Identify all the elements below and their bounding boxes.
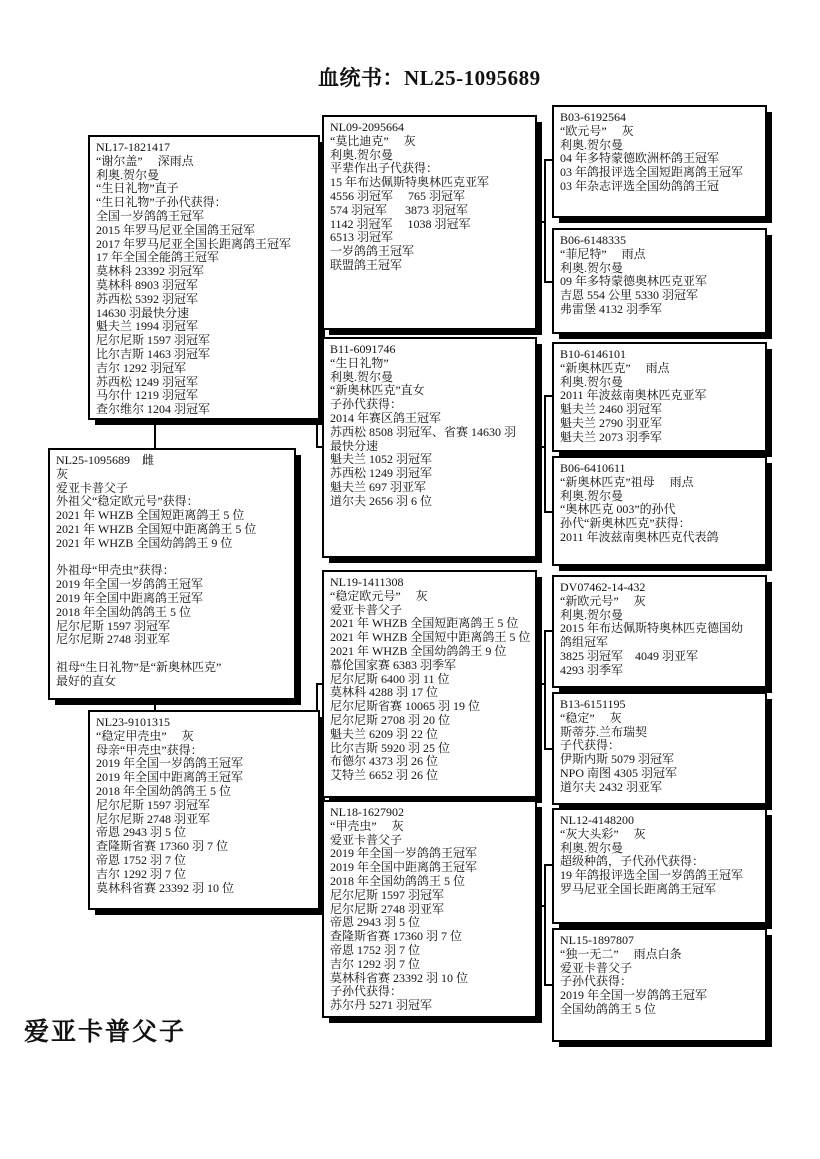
text-line: 全国一岁鸽鸽王冠军	[96, 210, 314, 224]
text-line: 2019 年全国一岁鸽鸽王冠军	[56, 578, 290, 592]
text-line: B10-6146101	[560, 348, 761, 362]
text-line: 574 羽冠军 3873 羽冠军	[330, 204, 531, 218]
text-line: 全国幼鸽鸽王 5 位	[560, 1003, 761, 1017]
text-line: 一岁鸽鸽王冠军	[330, 245, 531, 259]
text-line: NL09-2095664	[330, 121, 531, 135]
text-line: 慕伦国家赛 6383 羽季军	[330, 659, 531, 673]
connector-line	[544, 630, 546, 750]
text-line: NL15-1897807	[560, 934, 761, 948]
text-line: “生日礼物”	[330, 357, 531, 371]
connector-line	[154, 420, 156, 449]
text-line: 尼尔尼斯 1597 羽冠军	[330, 889, 531, 903]
text-line: 魁夫兰 697 羽亚军	[330, 481, 531, 495]
text-line: 2021 年 WHZB 全国短中距离鸽王 5 位	[330, 631, 531, 645]
text-line: B11-6091746	[330, 343, 531, 357]
text-line: “稳定甲壳虫” 灰	[96, 730, 314, 744]
pedigree-box-b11: B11-6091746“生日礼物”利奥.贺尔曼“新奥林匹克”直女子孙代获得：20…	[322, 337, 537, 558]
text-line: 2015 年罗马尼亚全国鸽王冠军	[96, 224, 314, 238]
text-line: 苏尔丹 5271 羽冠军	[330, 999, 531, 1013]
pedigree-page: 血统书：NL25-1095689 NL17-1821417“谢尔盖” 深雨点利奥…	[0, 0, 820, 1159]
text-line: “灰大头彩” 灰	[560, 828, 761, 842]
text-line: “莫比迪克” 灰	[330, 135, 531, 149]
text-line: 2021 年 WHZB 全国短中距离鸽王 5 位	[56, 523, 290, 537]
text-line: B06-6410611	[560, 462, 761, 476]
text-line: 祖母“生日礼物”是“新奥林匹克”	[56, 661, 290, 675]
connector-line	[544, 395, 546, 513]
text-line: 罗马尼亚全国长距离鸽王冠军	[560, 883, 761, 897]
connector-line	[536, 905, 546, 907]
pedigree-box-nl19: NL19-1411308“稳定欧元号” 灰爱亚卡普父子2021 年 WHZB 全…	[322, 570, 537, 798]
text-line: NL19-1411308	[330, 576, 531, 590]
text-line: 2021 年 WHZB 全国幼鸽鸽王 9 位	[330, 645, 531, 659]
pedigree-box-nl23: NL23-9101315“稳定甲壳虫” 灰母亲“甲壳虫”获得：2019 年全国一…	[88, 710, 320, 910]
text-line: NL23-9101315	[96, 716, 314, 730]
pedigree-box-b03: B03-6192564“欧元号” 灰利奥.贺尔曼04 年多特蒙德欧洲杯鸽王冠军0…	[552, 105, 767, 218]
text-line: DV07462-14-432	[560, 581, 761, 595]
text-line: 尼尔尼斯省赛 10065 羽 19 位	[330, 700, 531, 714]
text-line: “新奥林匹克” 雨点	[560, 362, 761, 376]
text-line: 3825 羽冠军 4049 羽亚军	[560, 650, 761, 664]
text-line: 2018 年全国幼鸽鸽王 5 位	[96, 785, 314, 799]
pedigree-box-nl15: NL15-1897807“独一无二” 雨点白条爱亚卡普父子子孙代获得：2019 …	[552, 928, 767, 1042]
page-title: 血统书：NL25-1095689	[318, 62, 541, 92]
text-line: 4556 羽冠军 765 羽冠军	[330, 190, 531, 204]
text-line: B03-6192564	[560, 111, 761, 125]
text-line: 2019 年全国中距离鸽王冠军	[330, 861, 531, 875]
text-line: 2014 年赛区鸽王冠军	[330, 412, 531, 426]
text-line: 联盟鸽王冠军	[330, 259, 531, 273]
text-line: 查尔维尔 1204 羽冠军	[96, 403, 314, 417]
text-line: 帝恩 1752 羽 7 位	[330, 944, 531, 958]
text-line: 帝恩 1752 羽 7 位	[96, 854, 314, 868]
loft-name-footer: 爱亚卡普父子	[24, 1012, 186, 1048]
text-line: NL25-1095689 雌	[56, 454, 290, 468]
text-line: “欧元号” 灰	[560, 125, 761, 139]
text-line: B13-6151195	[560, 698, 761, 712]
text-line: 2019 年全国中距离鸽王冠军	[56, 592, 290, 606]
text-line: 苏西松 1249 羽冠军	[330, 467, 531, 481]
text-line: “菲尼特” 雨点	[560, 248, 761, 262]
text-line: NL12-4148200	[560, 814, 761, 828]
text-line: 道尔夫 2656 羽 6 位	[330, 495, 531, 509]
text-line: 19 年鸽报评选全国一岁鸽鸽王冠军	[560, 869, 761, 883]
text-line: 莫林科 23392 羽冠军	[96, 265, 314, 279]
text-line: 魁夫兰 2790 羽亚军	[560, 417, 761, 431]
text-line: 苏西松 8508 羽冠军、省赛 14630 羽	[330, 426, 531, 440]
text-line: 2021 年 WHZB 全国幼鸽鸽王 9 位	[56, 537, 290, 551]
text-line: 伊斯内斯 5079 羽冠军	[560, 753, 761, 767]
connector-line	[544, 864, 546, 986]
text-line: 尼尔尼斯 1597 羽冠军	[96, 334, 314, 348]
text-line: B06-6148335	[560, 234, 761, 248]
text-line: “新奥林匹克”祖母 雨点	[560, 476, 761, 490]
connector-line	[536, 221, 546, 223]
text-line: 子孙代获得：	[330, 398, 531, 412]
text-line: 弗雷堡 4132 羽季军	[560, 303, 761, 317]
text-line: 03 年杂志评选全国幼鸽鸽王冠	[560, 180, 761, 194]
pedigree-box-nl17: NL17-1821417“谢尔盖” 深雨点利奥.贺尔曼“生日礼物”直子“生日礼物…	[88, 135, 320, 420]
text-line: 2019 年全国一岁鸽鸽王冠军	[560, 989, 761, 1003]
text-line: 吉尔 1292 羽 7 位	[96, 868, 314, 882]
pedigree-box-nl18: NL18-1627902“甲壳虫” 灰爱亚卡普父子2019 年全国一岁鸽鸽王冠军…	[322, 800, 537, 1018]
text-line: 2018 年全国幼鸽鸽王 5 位	[56, 606, 290, 620]
text-line: 鸽组冠军	[560, 636, 761, 650]
text-line: 莫林科省赛 23392 羽 10 位	[96, 882, 314, 896]
text-line: NL17-1821417	[96, 141, 314, 155]
text-line: 吉尔 1292 羽冠军	[96, 362, 314, 376]
text-line: 15 年布达佩斯特奥林匹克亚军	[330, 176, 531, 190]
text-line: 孙代“新奥林匹克”获得：	[560, 517, 761, 531]
text-line: 吉尔 1292 羽 7 位	[330, 958, 531, 972]
text-line: 魁夫兰 6209 羽 22 位	[330, 728, 531, 742]
text-line: “新欧元号” 灰	[560, 595, 761, 609]
pedigree-box-b13: B13-6151195“稳定” 灰斯蒂芬.兰布瑞契子代获得：伊斯内斯 5079 …	[552, 692, 767, 805]
text-line: 1142 羽冠军 1038 羽冠军	[330, 218, 531, 232]
text-line: “甲壳虫” 灰	[330, 820, 531, 834]
text-line: 4293 羽季军	[560, 664, 761, 678]
text-line: 道尔夫 2432 羽亚军	[560, 781, 761, 795]
pedigree-box-nl12: NL12-4148200“灰大头彩” 灰利奥.贺尔曼超级种鸽，子代孙代获得：19…	[552, 808, 767, 924]
text-line: “稳定欧元号” 灰	[330, 590, 531, 604]
pedigree-box-b06-feinite: B06-6148335“菲尼特” 雨点利奥.贺尔曼09 年多特蒙德奥林匹克亚军吉…	[552, 228, 767, 334]
text-line: 艾特兰 6652 羽 26 位	[330, 769, 531, 783]
text-line: NL18-1627902	[330, 806, 531, 820]
text-line: NPO 南图 4305 羽冠军	[560, 767, 761, 781]
text-line: 2011 年波兹南奥林匹克代表鸽	[560, 531, 761, 545]
pedigree-box-dv07462: DV07462-14-432“新欧元号” 灰利奥.贺尔曼2015 年布达佩斯特奥…	[552, 575, 767, 688]
text-line: 2018 年全国幼鸽鸽王 5 位	[330, 875, 531, 889]
pedigree-box-nl09: NL09-2095664“莫比迪克” 灰利奥.贺尔曼平辈作出子代获得：15 年布…	[322, 115, 537, 330]
text-line: “生日礼物”子孙代获得：	[96, 196, 314, 210]
text-line: “谢尔盖” 深雨点	[96, 155, 314, 169]
text-line: 魁夫兰 2460 羽冠军	[560, 403, 761, 417]
pedigree-box-b06-grandma: B06-6410611“新奥林匹克”祖母 雨点利奥.贺尔曼“奥林匹克 003”的…	[552, 456, 767, 566]
text-line: 苏西松 5392 羽冠军	[96, 293, 314, 307]
text-line	[56, 647, 290, 661]
text-line: 比尔吉斯 1463 羽冠军	[96, 348, 314, 362]
text-line: 2021 年 WHZB 全国短距离鸽王 5 位	[56, 509, 290, 523]
text-line: 03 年鸽报评选全国短距离鸽王冠军	[560, 166, 761, 180]
text-line: 最好的直女	[56, 675, 290, 689]
text-line: 灰	[56, 468, 290, 482]
text-line: “独一无二” 雨点白条	[560, 948, 761, 962]
text-line: 查隆斯省赛 17360 羽 7 位	[330, 930, 531, 944]
text-line: 尼尔尼斯 2748 羽亚军	[56, 633, 290, 647]
pedigree-box-nl25-subject: NL25-1095689 雌灰爱亚卡普父子外祖父“稳定欧元号”获得：2021 年…	[48, 448, 296, 700]
text-line: 2015 年布达佩斯特奥林匹克德国幼	[560, 622, 761, 636]
pedigree-box-b10: B10-6146101“新奥林匹克” 雨点利奥.贺尔曼2011 年波兹南奥林匹克…	[552, 342, 767, 452]
text-line: 魁夫兰 2073 羽季军	[560, 431, 761, 445]
text-line: 尼尔尼斯 1597 羽冠军	[96, 799, 314, 813]
text-line: “稳定” 灰	[560, 712, 761, 726]
connector-line	[536, 446, 546, 448]
text-line: 查隆斯省赛 17360 羽 7 位	[96, 840, 314, 854]
connector-line	[536, 683, 546, 685]
text-line: 2019 年全国中距离鸽王冠军	[96, 771, 314, 785]
text-line: 吉恩 554 公里 5330 羽冠军	[560, 289, 761, 303]
text-line: 莫林科 8903 羽冠军	[96, 279, 314, 293]
text-line: 尼尔尼斯 2708 羽 20 位	[330, 714, 531, 728]
